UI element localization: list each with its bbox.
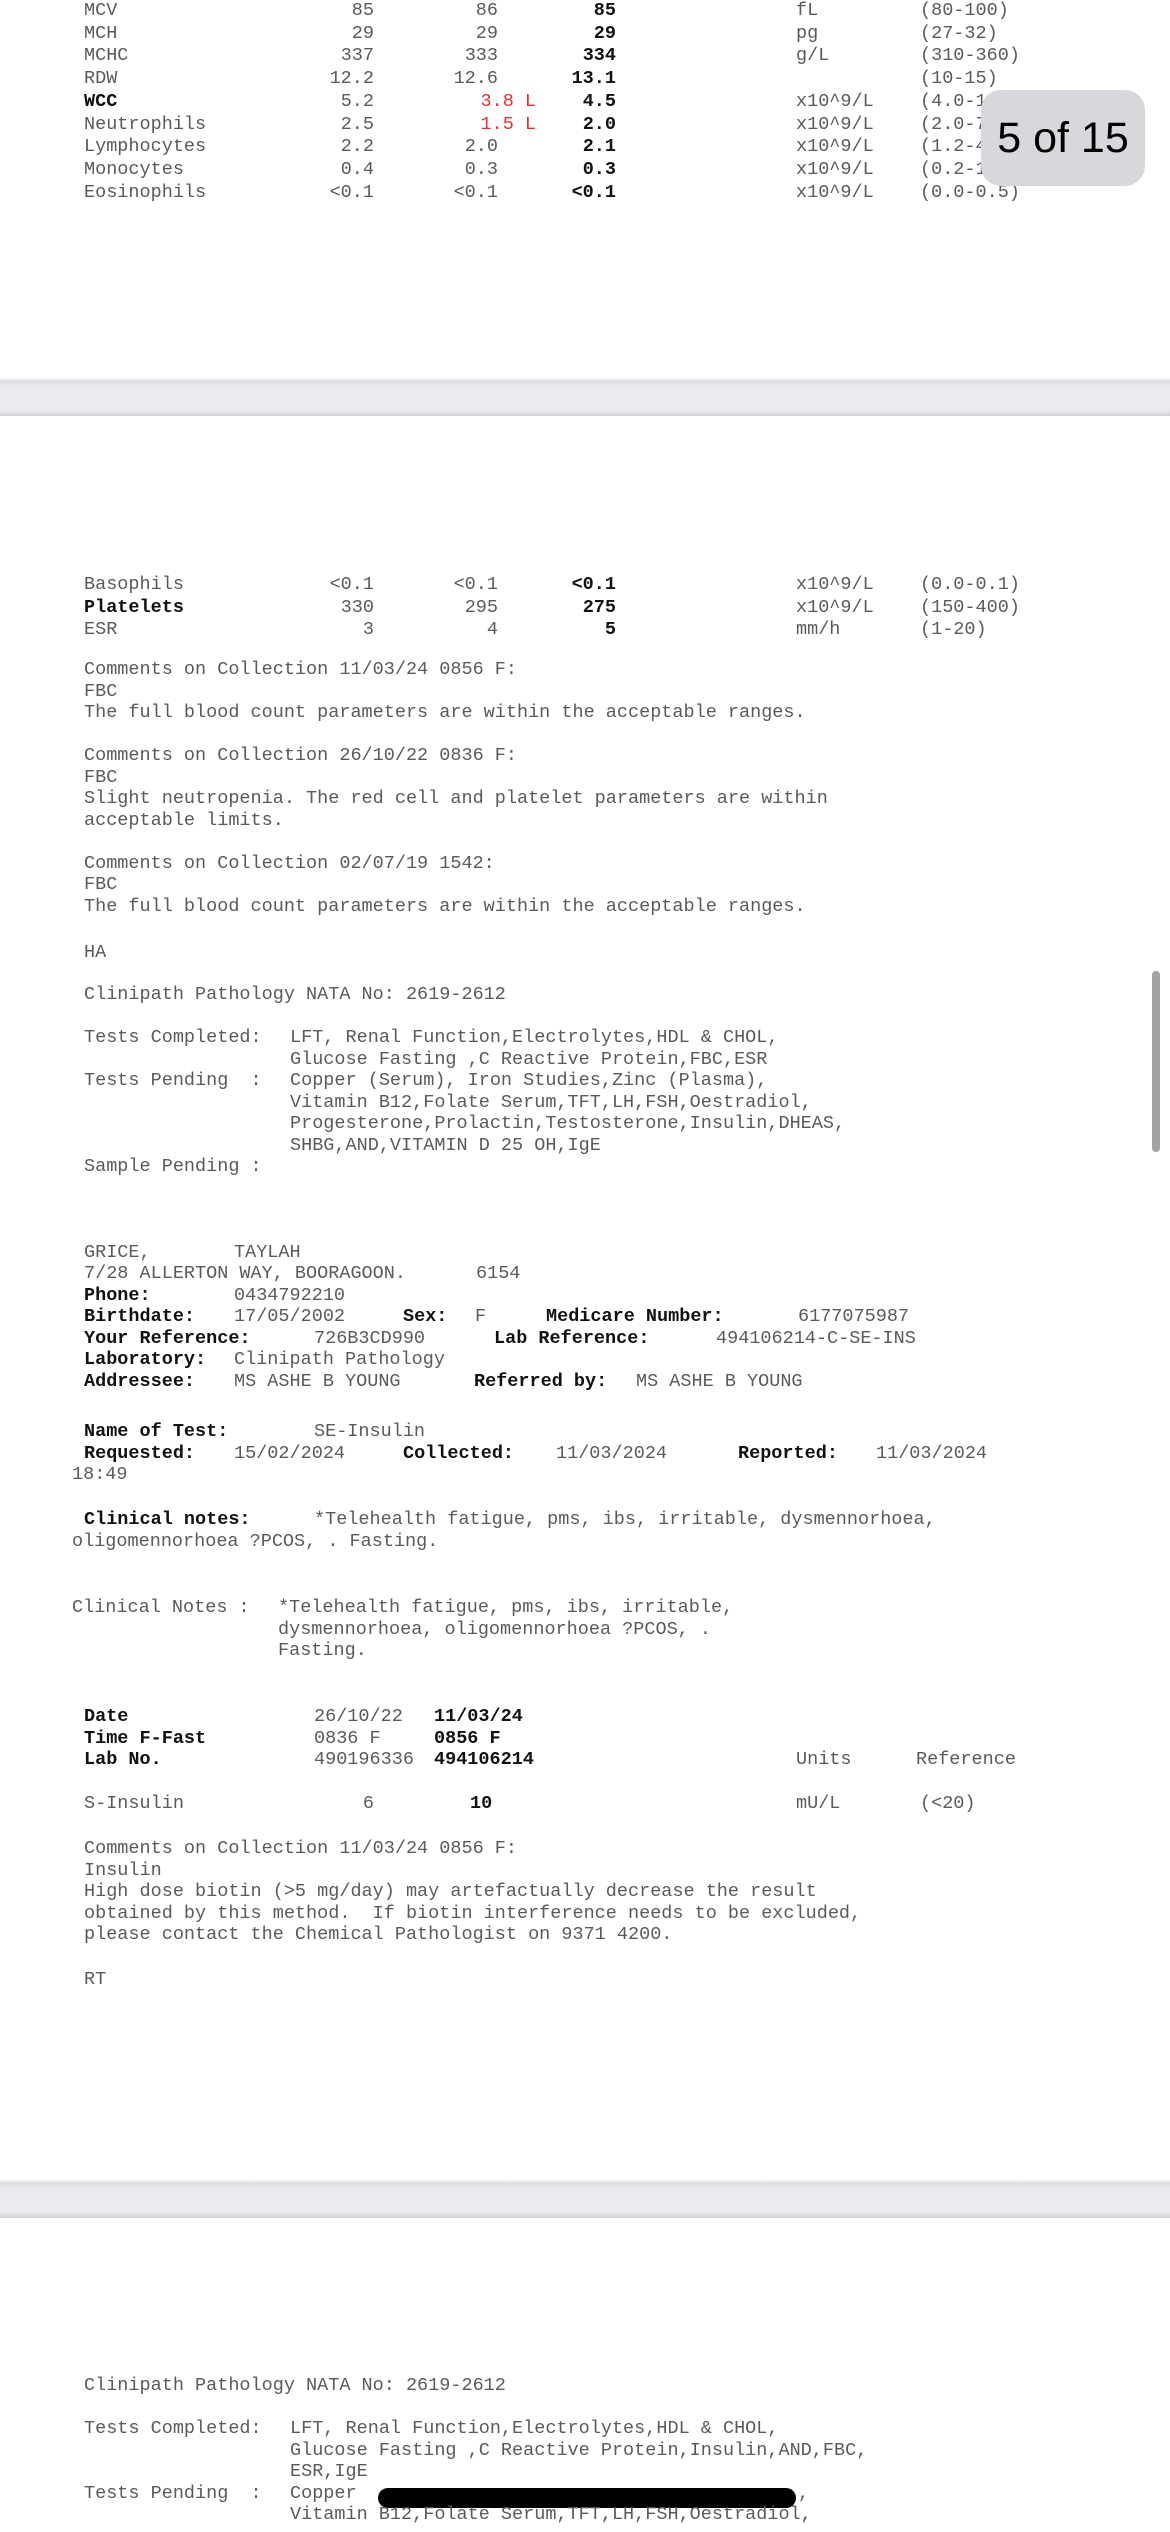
- comment-line: Slight neutropenia. The red cell and pla…: [84, 788, 828, 810]
- test-name: WCC: [84, 91, 117, 113]
- lab-nata-number: Clinipath Pathology NATA No: 2619-2612: [84, 984, 506, 1006]
- labno-col2: 494106214: [434, 1749, 534, 1771]
- requested-label: Requested:: [84, 1443, 195, 1465]
- result-prev-2: 12.2: [290, 68, 374, 90]
- insulin-name: S-Insulin: [84, 1793, 184, 1815]
- tests-pending-line: Copper: [290, 2483, 357, 2505]
- birthdate-label: Birthdate:: [84, 1306, 195, 1328]
- test-name: Neutrophils: [84, 114, 206, 136]
- time-label: Time F-Fast: [84, 1728, 206, 1750]
- result-prev-1: 1.5 L: [440, 114, 536, 136]
- units: pg: [796, 23, 818, 45]
- comment-header: Comments on Collection 11/03/24 0856 F:: [84, 659, 517, 681]
- collected-label: Collected:: [403, 1443, 514, 1465]
- tests-pending-line: SHBG,AND,VITAMIN D 25 OH,IgE: [290, 1135, 601, 1157]
- result-current: 0.3: [540, 159, 616, 181]
- result-prev-2: 85: [290, 0, 374, 22]
- sex-label: Sex:: [403, 1306, 447, 1328]
- result-prev-2: 2.5: [290, 114, 374, 136]
- requested-value: 15/02/2024: [234, 1443, 345, 1465]
- units: fL: [796, 0, 818, 22]
- tests-pending-line: Vitamin B12,Folate Serum,TFT,LH,FSH,Oest…: [290, 2504, 812, 2526]
- document-page-previous: MCV858685fL(80-100)MCH292929pg(27-32)MCH…: [0, 0, 1170, 378]
- reference-range: (1-20): [920, 619, 987, 641]
- result-prev-1: 12.6: [440, 68, 498, 90]
- comment-header: Comments on Collection 11/03/24 0856 F:: [84, 1838, 517, 1860]
- referred-by-label: Referred by:: [474, 1371, 607, 1393]
- reference-range: (80-100): [920, 0, 1009, 22]
- clinical-notes-label: Clinical notes:: [84, 1509, 251, 1531]
- comment-line: FBC: [84, 874, 117, 896]
- sex-value: F: [475, 1306, 486, 1328]
- reported-value: 11/03/2024: [876, 1443, 987, 1465]
- units: x10^9/L: [796, 574, 874, 596]
- result-prev-2: <0.1: [290, 182, 374, 204]
- units: x10^9/L: [796, 159, 874, 181]
- tests-pending-line: Vitamin B12,Folate Serum,TFT,LH,FSH,Oest…: [290, 1092, 812, 1114]
- reference-range: (4.0-1: [920, 91, 987, 113]
- comment-line: FBC: [84, 681, 117, 703]
- page-separator: [0, 2180, 1170, 2220]
- insulin-units: mU/L: [796, 1793, 840, 1815]
- clinical-notes-2-label: Clinical Notes :: [72, 1597, 250, 1619]
- units: x10^9/L: [796, 597, 874, 619]
- reported-time: 18:49: [72, 1464, 128, 1486]
- comment-line: obtained by this method. If biotin inter…: [84, 1903, 861, 1925]
- medicare-label: Medicare Number:: [546, 1306, 724, 1328]
- comment-line: Insulin: [84, 1860, 162, 1882]
- result-prev-1: 4: [440, 619, 498, 641]
- referred-by-value: MS ASHE B YOUNG: [636, 1371, 803, 1393]
- reference-range: (310-360): [920, 45, 1020, 67]
- name-of-test-value: SE-Insulin: [314, 1421, 425, 1443]
- labno-col1: 490196336: [314, 1749, 414, 1771]
- result-prev-1: 3.8 L: [440, 91, 536, 113]
- result-current: 5: [540, 619, 616, 641]
- result-current: 2.0: [540, 114, 616, 136]
- comment-line: High dose biotin (>5 mg/day) may artefac…: [84, 1881, 817, 1903]
- units: x10^9/L: [796, 182, 874, 204]
- test-name: ESR: [84, 619, 117, 641]
- your-reference-value: 726B3CD990: [314, 1328, 425, 1350]
- birthdate-value: 17/05/2002: [234, 1306, 345, 1328]
- result-current: <0.1: [540, 574, 616, 596]
- fbc-signoff: HA: [84, 942, 106, 964]
- result-prev-2: 0.4: [290, 159, 374, 181]
- patient-postcode: 6154: [476, 1263, 520, 1285]
- your-reference-label: Your Reference:: [84, 1328, 251, 1350]
- tests-pending-line: Progesterone,Prolactin,Testosterone,Insu…: [290, 1113, 845, 1135]
- reported-label: Reported:: [738, 1443, 838, 1465]
- result-prev-1: 0.3: [440, 159, 498, 181]
- patient-surname: GRICE,: [84, 1242, 151, 1264]
- tests-pending-label: Tests Pending :: [84, 2483, 262, 2505]
- tests-pending-line: Copper (Serum), Iron Studies,Zinc (Plasm…: [290, 1070, 767, 1092]
- comment-line: The full blood count parameters are with…: [84, 702, 806, 724]
- result-prev-2: 29: [290, 23, 374, 45]
- result-prev-2: 337: [290, 45, 374, 67]
- medicare-value: 6177075987: [798, 1306, 909, 1328]
- result-prev-2: 2.2: [290, 136, 374, 158]
- result-current: 334: [540, 45, 616, 67]
- units-header: Units: [796, 1749, 852, 1771]
- result-prev-1: 295: [440, 597, 498, 619]
- clinical-notes-value: *Telehealth fatigue, pms, ibs, irritable…: [314, 1509, 936, 1531]
- patient-address: 7/28 ALLERTON WAY, BOORAGOON.: [84, 1263, 406, 1285]
- time-col1: 0836 F: [314, 1728, 381, 1750]
- insulin-value-1: 6: [300, 1793, 374, 1815]
- reference-range: (150-400): [920, 597, 1020, 619]
- units: x10^9/L: [796, 136, 874, 158]
- laboratory-value: Clinipath Pathology: [234, 1349, 445, 1371]
- tests-completed-line: LFT, Renal Function,Electrolytes,HDL & C…: [290, 2418, 778, 2440]
- insulin-value-2: 10: [470, 1793, 492, 1815]
- addressee-value: MS ASHE B YOUNG: [234, 1371, 401, 1393]
- page-separator: [0, 378, 1170, 418]
- reference-range: (0.2-1: [920, 159, 987, 181]
- tests-completed-line: Glucose Fasting ,C Reactive Protein,Insu…: [290, 2440, 867, 2462]
- scrollbar-thumb[interactable]: [1152, 971, 1160, 1152]
- result-prev-1: <0.1: [440, 182, 498, 204]
- test-name: RDW: [84, 68, 117, 90]
- result-current: 13.1: [540, 68, 616, 90]
- lab-nata-number: Clinipath Pathology NATA No: 2619-2612: [84, 2375, 506, 2397]
- test-name: Lymphocytes: [84, 136, 206, 158]
- result-current: 275: [540, 597, 616, 619]
- name-of-test-label: Name of Test:: [84, 1421, 228, 1443]
- sample-pending-label: Sample Pending :: [84, 1156, 262, 1178]
- result-prev-2: 330: [290, 597, 374, 619]
- phone-label: Phone:: [84, 1285, 151, 1307]
- addressee-label: Addressee:: [84, 1371, 195, 1393]
- comment-line: acceptable limits.: [84, 810, 284, 832]
- clinical-notes-2-line: *Telehealth fatigue, pms, ibs, irritable…: [278, 1597, 733, 1619]
- result-current: 2.1: [540, 136, 616, 158]
- result-prev-1: <0.1: [440, 574, 498, 596]
- reference-range: (10-15): [920, 68, 998, 90]
- reference-range: (0.0-0.1): [920, 574, 1020, 596]
- units: x10^9/L: [796, 91, 874, 113]
- clinical-notes-value: oligomennorhoea ?PCOS, . Fasting.: [72, 1531, 438, 1553]
- test-name: Basophils: [84, 574, 184, 596]
- date-col2: 11/03/24: [434, 1706, 523, 1728]
- document-page-current: Basophils<0.1<0.1<0.1x10^9/L(0.0-0.1)Pla…: [0, 416, 1170, 2178]
- units: mm/h: [796, 619, 840, 641]
- reference-header: Reference: [916, 1749, 1016, 1771]
- lab-reference-value: 494106214-C-SE-INS: [716, 1328, 916, 1350]
- document-page-next: Clinipath Pathology NATA No: 2619-2612 T…: [0, 2218, 1170, 2532]
- result-prev-2: 3: [290, 619, 374, 641]
- laboratory-label: Laboratory:: [84, 1349, 206, 1371]
- tests-completed-line: Glucose Fasting ,C Reactive Protein,FBC,…: [290, 1049, 767, 1071]
- result-prev-1: 29: [440, 23, 498, 45]
- tests-completed-line: LFT, Renal Function,Electrolytes,HDL & C…: [290, 1027, 778, 1049]
- comment-line: FBC: [84, 767, 117, 789]
- tests-completed-label: Tests Completed:: [84, 2418, 262, 2440]
- insulin-reference: (<20): [920, 1793, 976, 1815]
- patient-given-name: TAYLAH: [234, 1242, 301, 1264]
- comment-line: The full blood count parameters are with…: [84, 896, 806, 918]
- phone-value: 0434792210: [234, 1285, 345, 1307]
- test-name: MCH: [84, 23, 117, 45]
- page-indicator: 5 of 15: [981, 90, 1145, 186]
- test-name: Monocytes: [84, 159, 184, 181]
- comment-signoff: RT: [84, 1969, 106, 1991]
- reference-range: (1.2-4: [920, 136, 987, 158]
- result-prev-1: 86: [440, 0, 498, 22]
- comment-header: Comments on Collection 02/07/19 1542:: [84, 853, 495, 875]
- labno-label: Lab No.: [84, 1749, 162, 1771]
- collected-value: 11/03/2024: [556, 1443, 667, 1465]
- lab-reference-label: Lab Reference:: [494, 1328, 649, 1350]
- time-col2: 0856 F: [434, 1728, 501, 1750]
- units: x10^9/L: [796, 114, 874, 136]
- test-name: Eosinophils: [84, 182, 206, 204]
- result-current: <0.1: [540, 182, 616, 204]
- reference-range: (2.0-7: [920, 114, 987, 136]
- tests-pending-label: Tests Pending :: [84, 1070, 262, 1092]
- clinical-notes-2-line: Fasting.: [278, 1640, 367, 1662]
- comment-line: please contact the Chemical Pathologist …: [84, 1924, 672, 1946]
- reference-range: (27-32): [920, 23, 998, 45]
- result-current: 4.5: [540, 91, 616, 113]
- result-prev-1: 333: [440, 45, 498, 67]
- tests-completed-line: ESR,IgE: [290, 2461, 368, 2483]
- result-prev-2: 5.2: [290, 91, 374, 113]
- tests-completed-label: Tests Completed:: [84, 1027, 262, 1049]
- test-name: MCV: [84, 0, 117, 22]
- comment-header: Comments on Collection 26/10/22 0836 F:: [84, 745, 517, 767]
- clinical-notes-2-line: dysmennorhoea, oligomennorhoea ?PCOS, .: [278, 1619, 711, 1641]
- result-current: 29: [540, 23, 616, 45]
- test-name: Platelets: [84, 597, 184, 619]
- result-prev-1: 2.0: [440, 136, 498, 158]
- result-prev-2: <0.1: [290, 574, 374, 596]
- date-label: Date: [84, 1706, 128, 1728]
- test-name: MCHC: [84, 45, 128, 67]
- result-current: 85: [540, 0, 616, 22]
- date-col1: 26/10/22: [314, 1706, 403, 1728]
- tests-pending-line-end: ,: [798, 2483, 809, 2505]
- units: g/L: [796, 45, 829, 67]
